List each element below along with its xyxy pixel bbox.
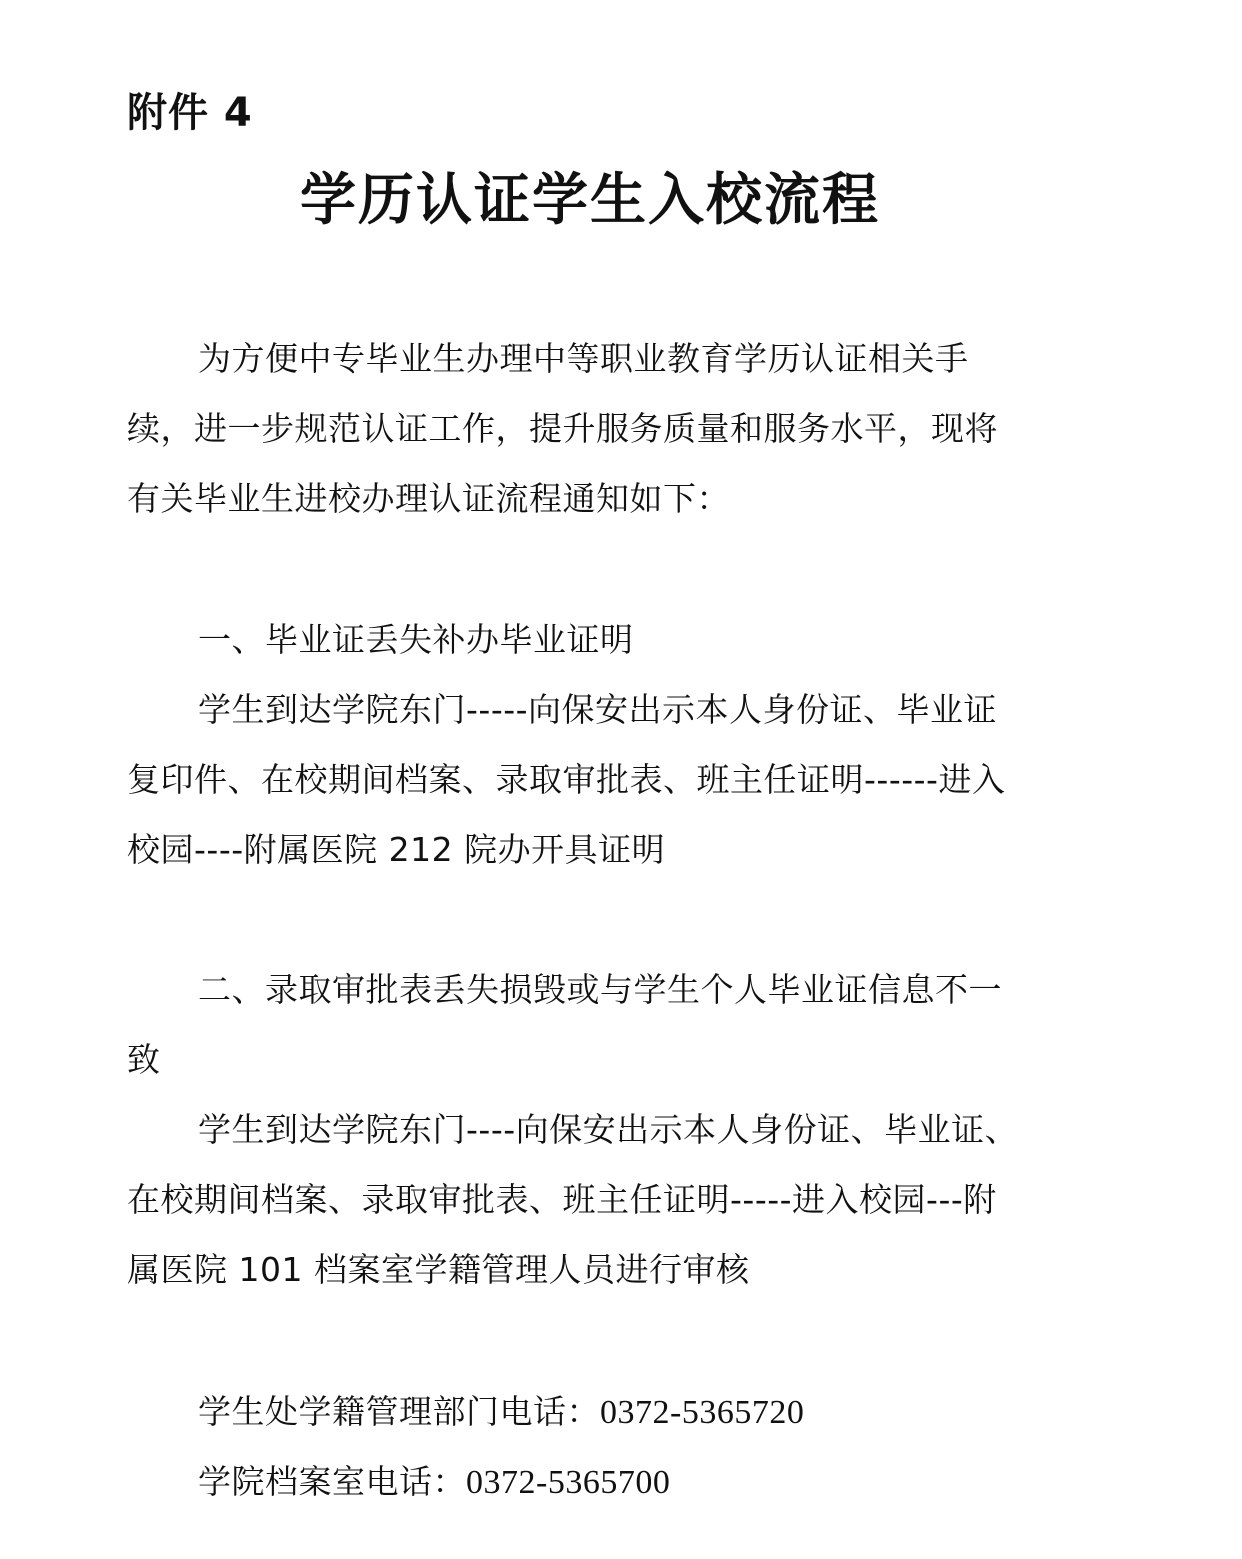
section-1-body-line-3: 校园----附属医院 212 院办开具证明 (127, 830, 665, 870)
document-page: 附件 4 学历认证学生入校流程 为方便中专毕业生办理中等职业教育学历认证相关手 … (0, 0, 1242, 1559)
contact-phone: 0372-5365700 (466, 1464, 670, 1501)
contact-label: 学院档案室电话： (198, 1462, 466, 1501)
attachment-label: 附件 4 (127, 88, 253, 138)
contact-student-affairs: 学生处学籍管理部门电话：0372-5365720 (198, 1392, 804, 1433)
section-2-heading-line-2: 致 (127, 1040, 161, 1080)
intro-line-3: 有关毕业生进校办理认证流程通知如下： (127, 479, 730, 519)
contact-phone: 0372-5365720 (600, 1394, 804, 1431)
section-1-body-line-2: 复印件、在校期间档案、录取审批表、班主任证明------进入 (127, 760, 1005, 800)
section-1-heading: 一、毕业证丢失补办毕业证明 (198, 620, 634, 660)
section-2-heading-line-1: 二、录取审批表丢失损毁或与学生个人毕业证信息不一 (198, 970, 1002, 1010)
document-title: 学历认证学生入校流程 (300, 168, 880, 234)
intro-line-1: 为方便中专毕业生办理中等职业教育学历认证相关手 (198, 339, 969, 379)
contact-archives: 学院档案室电话：0372-5365700 (198, 1462, 670, 1503)
intro-line-2: 续，进一步规范认证工作，提升服务质量和服务水平，现将 (127, 409, 998, 449)
section-2-body-line-1: 学生到达学院东门----向保安出示本人身份证、毕业证、 (198, 1110, 1018, 1150)
section-2-body-line-3: 属医院 101 档案室学籍管理人员进行审核 (127, 1250, 749, 1290)
contact-label: 学生处学籍管理部门电话： (198, 1392, 600, 1431)
section-2-body-line-2: 在校期间档案、录取审批表、班主任证明-----进入校园---附 (127, 1180, 997, 1220)
section-1-body-line-1: 学生到达学院东门-----向保安出示本人身份证、毕业证 (198, 690, 997, 730)
